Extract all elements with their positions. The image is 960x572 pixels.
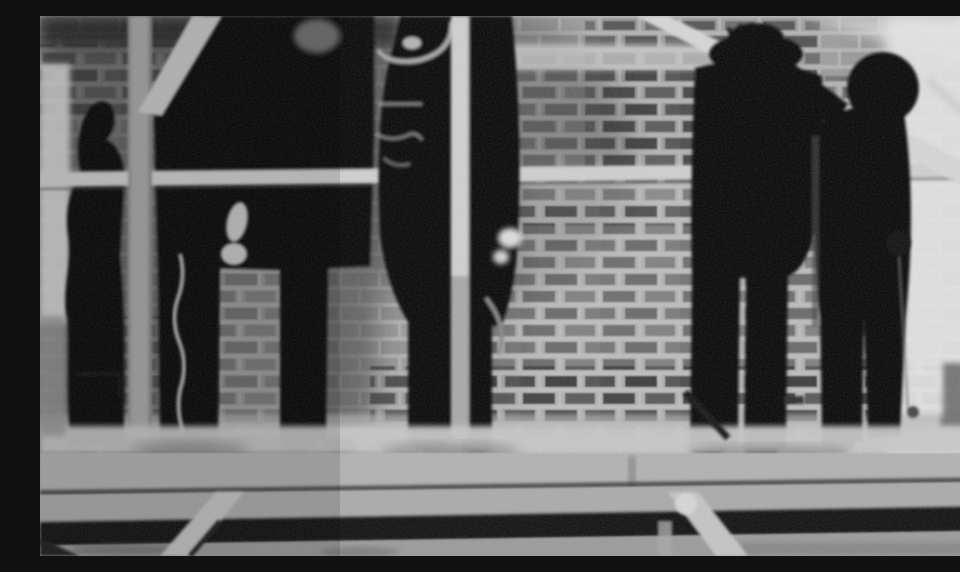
historical-photograph: Grainy black-and-white archival photogra…	[40, 16, 960, 556]
left-vignette	[40, 16, 340, 556]
photo-canvas: Grainy black-and-white archival photogra…	[40, 16, 960, 556]
